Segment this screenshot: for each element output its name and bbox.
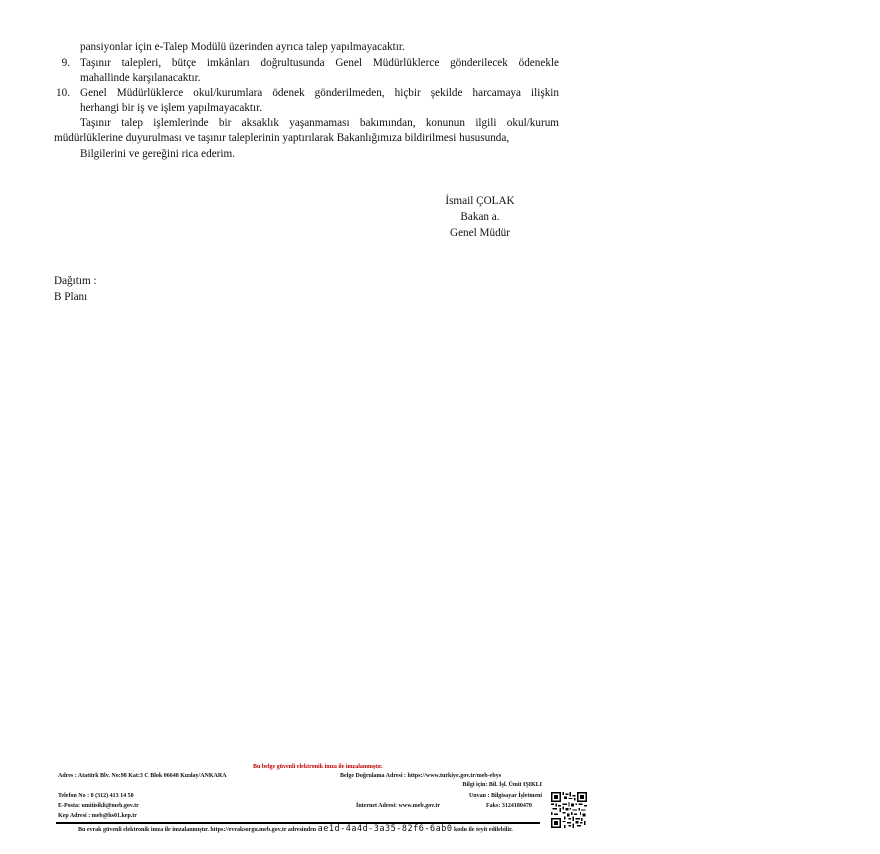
closing-paragraph-line1: Taşınır talep işlemlerinde bir aksaklık …: [80, 116, 559, 131]
verification-suffix: kodu ile teyit edilebilir.: [454, 827, 513, 833]
item-9-line1: Taşınır talepleri, bütçe imkânları doğru…: [80, 56, 559, 71]
item-10-line2: herhangi bir iş ve işlem yapılmayacaktır…: [80, 101, 262, 116]
verification-code: ae1d-4a4d-3a35-82f6-6ab0: [318, 824, 453, 834]
qr-code-icon: [551, 792, 587, 828]
item-9-line2: mahallinde karşılanacaktır.: [80, 71, 201, 86]
item-10-number: 10.: [50, 86, 70, 101]
signatory-name: İsmail ÇOLAK: [400, 193, 560, 209]
verification-prefix: Bu evrak güvenli elektronik imza ile imz…: [78, 827, 316, 833]
request-line: Bilgilerini ve gereğini rica ederim.: [80, 147, 235, 162]
distribution-value: B Planı: [54, 289, 87, 305]
distribution-label: Dağıtım :: [54, 273, 97, 289]
esign-notice: Bu belge güvenli elektronik imza ile imz…: [253, 763, 383, 771]
footer-fax: Faks: 3124180470: [486, 802, 532, 810]
document-page: pansiyonlar için e-Talep Modülü üzerinde…: [0, 0, 880, 854]
footer-divider: [56, 822, 540, 824]
footer-email[interactable]: E-Posta: umitisikli@meb.gov.tr: [58, 802, 139, 810]
signatory-role: Bakan a.: [400, 209, 560, 225]
footer-address: Adres : Atatürk Blv. No:98 Kat:3 C Blok …: [58, 772, 227, 780]
item-10-line1: Genel Müdürlüklerce okul/kurumlara ödene…: [80, 86, 559, 101]
footer-kep: Kep Adresi : meb@hs01.kep.tr: [58, 812, 137, 820]
footer-phone: Telefon No : 0 (312) 413 14 50: [58, 792, 134, 800]
signatory-title: Genel Müdür: [400, 225, 560, 241]
item-9-number: 9.: [50, 56, 70, 71]
footer-info-contact: Bilgi için: Bil. İşl. Ümit IŞIKLI: [340, 781, 542, 789]
item-8-continuation: pansiyonlar için e-Talep Modülü üzerinde…: [80, 40, 405, 55]
footer-internet[interactable]: İnternet Adresi: www.meb.gov.tr: [356, 802, 440, 810]
closing-paragraph-line2: müdürlüklerine duyurulması ve taşınır ta…: [54, 131, 509, 146]
footer-title: Unvan : Bilgisayar İşletmeni: [340, 792, 542, 800]
footer-verification-address[interactable]: Belge Doğrulama Adresi : https://www.tur…: [340, 772, 501, 780]
footer-verification-line: Bu evrak güvenli elektronik imza ile imz…: [78, 825, 513, 834]
